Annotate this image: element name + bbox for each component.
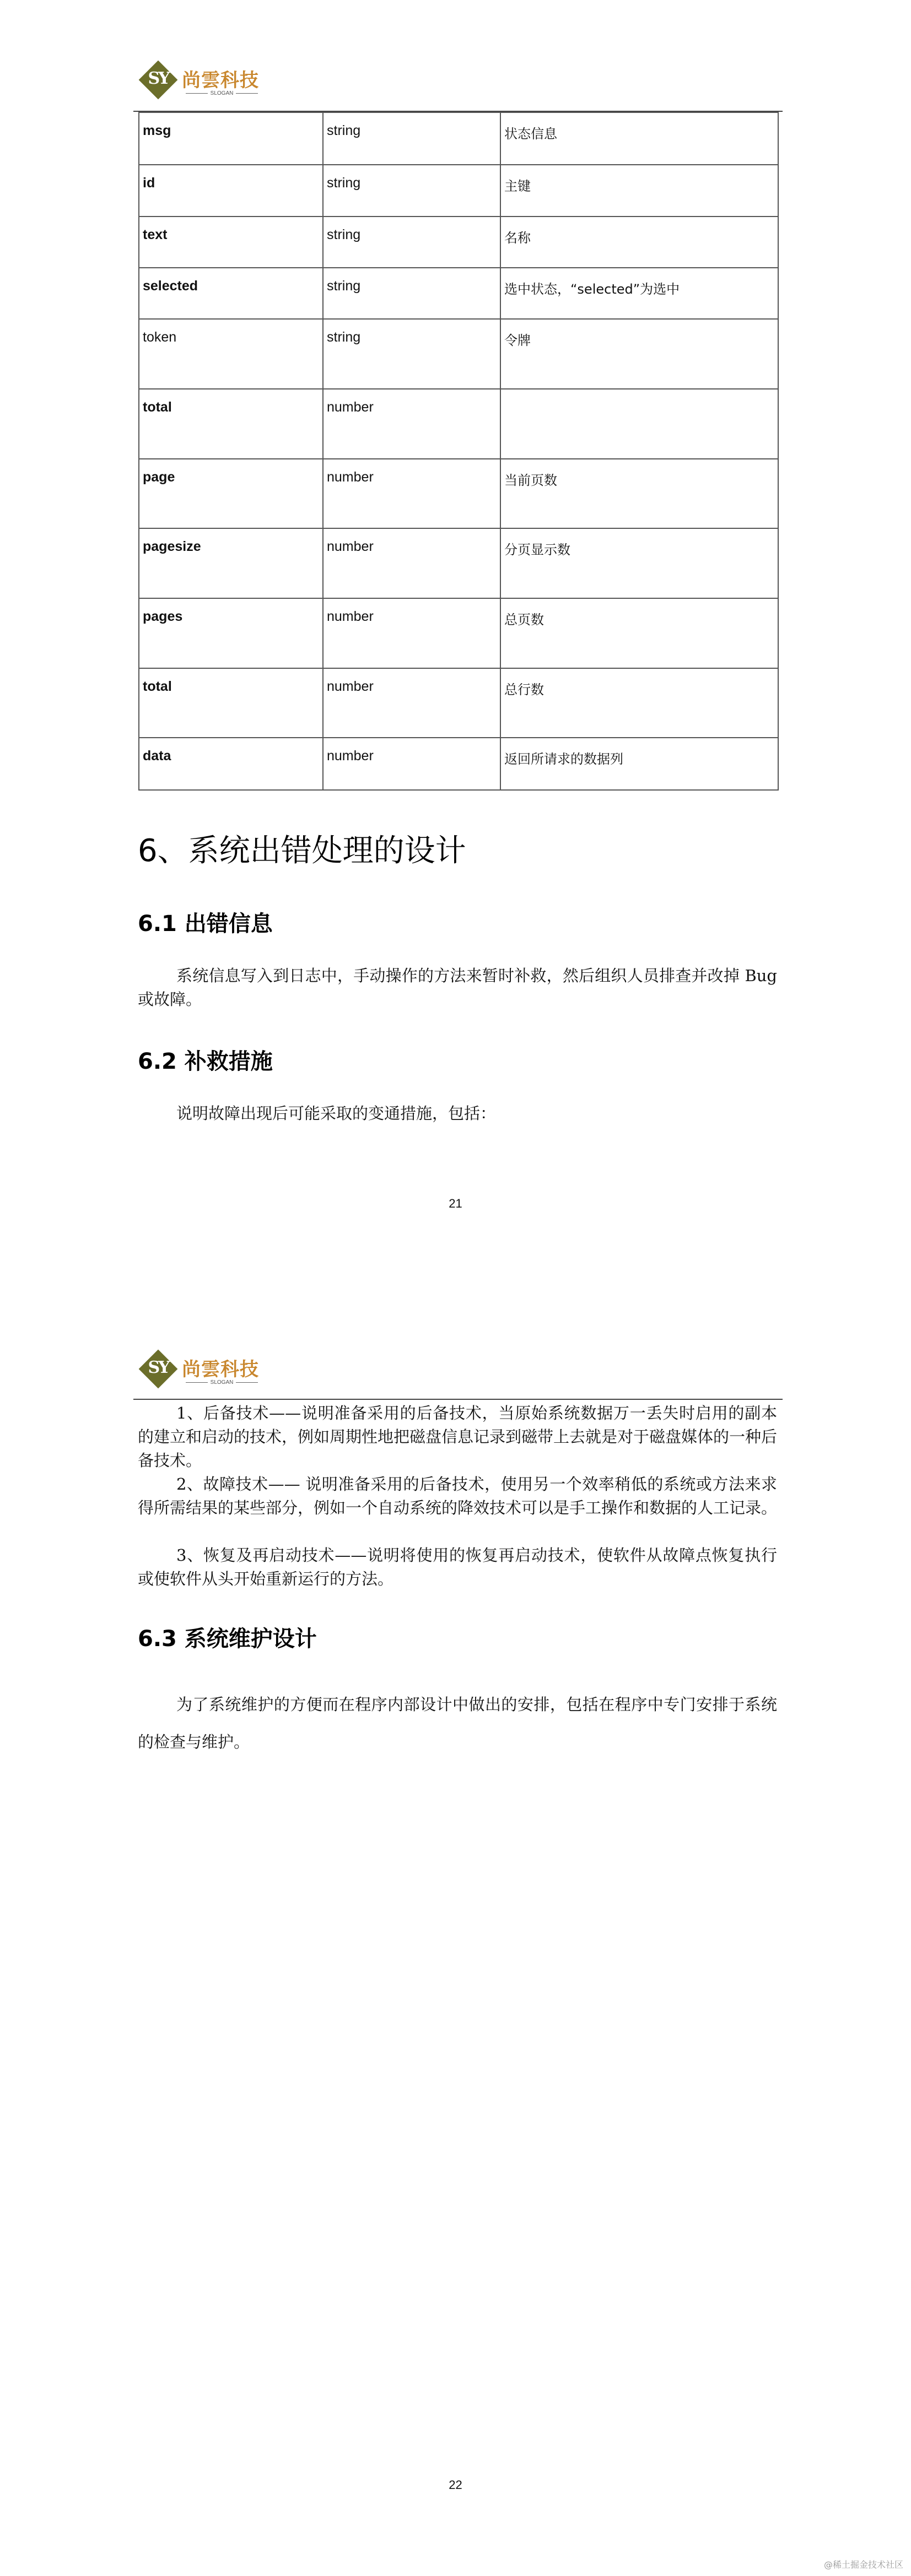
param-type: string xyxy=(323,217,500,268)
table-row: msg string 状态信息 xyxy=(139,112,778,165)
section-6-1-body: 系统信息写入到日志中，手动操作的方法来暂时补救，然后组织人员排查并改掉 Bug … xyxy=(138,964,777,1011)
param-name: token xyxy=(139,319,323,389)
param-desc: 当前页数 xyxy=(500,459,778,528)
logo-name: 尚雲科技 xyxy=(182,1354,259,1381)
table-row: data number 返回所请求的数据列 xyxy=(139,738,778,790)
logo-name: 尚雲科技 xyxy=(182,65,259,92)
param-name: id xyxy=(139,165,323,217)
watermark: @稀土掘金技术社区 xyxy=(824,2558,903,2570)
section-6-3-heading: 6.3 系统维护设计 xyxy=(138,1621,317,1653)
section-6-3-body: 为了系统维护的方便而在程序内部设计中做出的安排，包括在程序中专门安排于系统的检查… xyxy=(138,1686,777,1761)
logo-slogan: SLOGAN xyxy=(182,1379,262,1386)
company-logo: SY 尚雲科技 SLOGAN xyxy=(142,62,263,106)
param-name: msg xyxy=(139,112,323,165)
section-6-heading: 6、系统出错处理的设计 xyxy=(138,826,466,870)
table-row: text string 名称 xyxy=(139,217,778,268)
param-name: total xyxy=(139,389,323,459)
remedy-item-restart: 3、恢复及再启动技术——说明将使用的恢复再启动技术，使软件从故障点恢复执行或使软… xyxy=(138,1544,777,1591)
logo-initials: SY xyxy=(142,69,174,88)
param-desc: 令牌 xyxy=(500,319,778,389)
page-number: 21 xyxy=(0,1197,911,1211)
table-row: page number 当前页数 xyxy=(139,459,778,528)
table-row: pages number 总页数 xyxy=(139,598,778,668)
param-type: number xyxy=(323,528,500,598)
param-type: string xyxy=(323,319,500,389)
table-row: id string 主键 xyxy=(139,165,778,217)
param-name: selected xyxy=(139,268,323,319)
param-type: string xyxy=(323,112,500,165)
param-name: text xyxy=(139,217,323,268)
param-desc: 总页数 xyxy=(500,598,778,668)
page-21: SY 尚雲科技 SLOGAN msg string 状态信息 id string… xyxy=(0,0,911,1288)
remedy-item-backup: 1、后备技术——说明准备采用的后备技术，当原始系统数据万一丢失时启用的副本的建立… xyxy=(138,1401,777,1473)
param-desc xyxy=(500,389,778,459)
param-type: string xyxy=(323,268,500,319)
param-desc: 分页显示数 xyxy=(500,528,778,598)
remedy-item-fallback: 2、故障技术—— 说明准备采用的后备技术，使用另一个效率稍低的系统或方法来求得所… xyxy=(138,1473,777,1520)
param-desc: 总行数 xyxy=(500,668,778,738)
table-row: total number 总行数 xyxy=(139,668,778,738)
param-name: page xyxy=(139,459,323,528)
param-type: number xyxy=(323,389,500,459)
page-22: SY 尚雲科技 SLOGAN 1、后备技术——说明准备采用的后备技术，当原始系统… xyxy=(0,1288,911,2576)
logo-initials: SY xyxy=(142,1358,174,1377)
param-type: string xyxy=(323,165,500,217)
header-divider xyxy=(133,1399,783,1400)
param-desc: 选中状态，“selected”为选中 xyxy=(500,268,778,319)
table-row: pagesize number 分页显示数 xyxy=(139,528,778,598)
param-desc: 状态信息 xyxy=(500,112,778,165)
param-type: number xyxy=(323,668,500,738)
parameter-table: msg string 状态信息 id string 主键 text string… xyxy=(138,112,779,791)
logo-slogan: SLOGAN xyxy=(182,90,262,96)
param-name: pagesize xyxy=(139,528,323,598)
param-desc: 主键 xyxy=(500,165,778,217)
section-6-2-heading: 6.2 补救措施 xyxy=(138,1044,273,1075)
table-row: total number xyxy=(139,389,778,459)
param-name: total xyxy=(139,668,323,738)
param-name: data xyxy=(139,738,323,790)
company-logo: SY 尚雲科技 SLOGAN xyxy=(142,1351,263,1395)
section-6-2-intro: 说明故障出现后可能采取的变通措施，包括： xyxy=(138,1102,777,1125)
param-desc: 返回所请求的数据列 xyxy=(500,738,778,790)
param-desc: 名称 xyxy=(500,217,778,268)
param-type: number xyxy=(323,738,500,790)
param-type: number xyxy=(323,598,500,668)
table-row: token string 令牌 xyxy=(139,319,778,389)
table-row: selected string 选中状态，“selected”为选中 xyxy=(139,268,778,319)
section-6-1-heading: 6.1 出错信息 xyxy=(138,906,273,938)
param-name: pages xyxy=(139,598,323,668)
page-number: 22 xyxy=(0,2478,911,2492)
param-type: number xyxy=(323,459,500,528)
